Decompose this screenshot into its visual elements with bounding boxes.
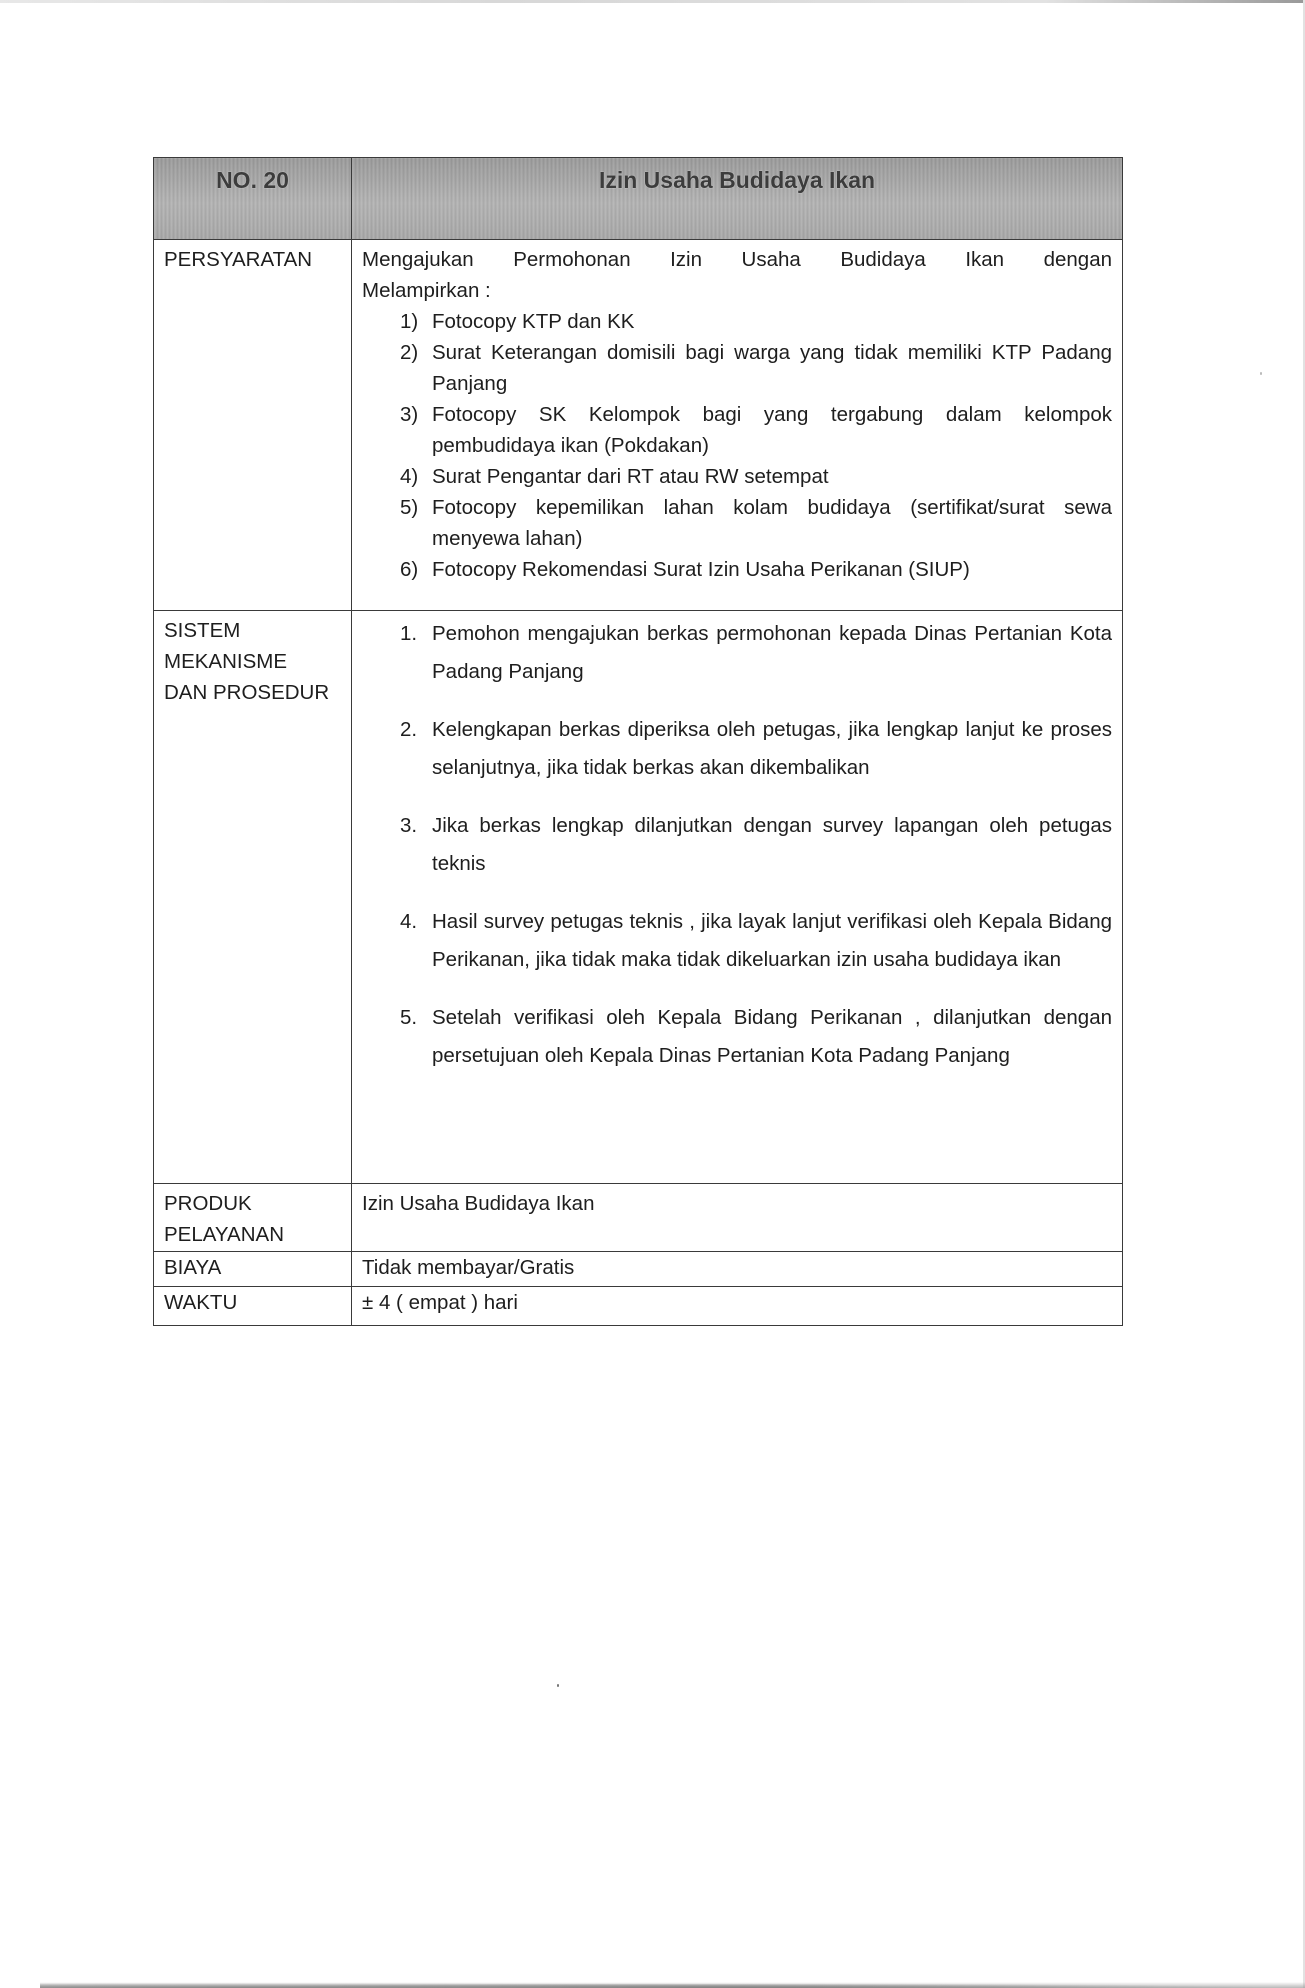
service-standard-table: NO. 20 Izin Usaha Budidaya Ikan PERSYARA… [153, 157, 1123, 1326]
requirement-item: 6)Fotocopy Rekomendasi Surat Izin Usaha … [400, 554, 1112, 585]
requirement-item: 4)Surat Pengantar dari RT atau RW setemp… [400, 461, 1112, 492]
row-value-produk: Izin Usaha Budidaya Ikan [352, 1184, 1123, 1252]
requirements-list: 1)Fotocopy KTP dan KK 2)Surat Keterangan… [362, 306, 1112, 585]
table-row-biaya: BIAYA Tidak membayar/Gratis [154, 1252, 1123, 1287]
header-number: NO. 20 [154, 158, 352, 240]
row-value-sistem: 1.Pemohon mengajukan berkas permohonan k… [352, 611, 1123, 1184]
table-header-row: NO. 20 Izin Usaha Budidaya Ikan [154, 158, 1123, 240]
requirements-intro-line1: Mengajukan Permohonan Izin Usaha Budiday… [362, 244, 1112, 275]
procedure-step: 5.Setelah verifikasi oleh Kepala Bidang … [400, 999, 1112, 1075]
requirements-intro: Mengajukan Permohonan Izin Usaha Budiday… [362, 244, 1112, 306]
scan-speck [1260, 372, 1262, 375]
scan-top-edge [0, 0, 1305, 3]
header-title: Izin Usaha Budidaya Ikan [352, 158, 1123, 240]
row-label-sistem: SISTEM MEKANISME DAN PROSEDUR [154, 611, 352, 1184]
requirements-intro-line2: Melampirkan : [362, 279, 491, 302]
row-label-biaya: BIAYA [154, 1252, 352, 1287]
row-label-waktu: WAKTU [154, 1287, 352, 1326]
procedure-step: 4.Hasil survey petugas teknis , jika lay… [400, 903, 1112, 979]
requirement-item: 5)Fotocopy kepemilikan lahan kolam budid… [400, 492, 1112, 554]
row-value-persyaratan: Mengajukan Permohonan Izin Usaha Budiday… [352, 240, 1123, 611]
requirement-item: 3)Fotocopy SK Kelompok bagi yang tergabu… [400, 399, 1112, 461]
row-label-persyaratan: PERSYARATAN [154, 240, 352, 611]
procedure-list: 1.Pemohon mengajukan berkas permohonan k… [362, 615, 1112, 1075]
procedure-step: 1.Pemohon mengajukan berkas permohonan k… [400, 615, 1112, 691]
row-value-waktu: ± 4 ( empat ) hari [352, 1287, 1123, 1326]
row-label-produk: PRODUK PELAYANAN [154, 1184, 352, 1252]
procedure-step: 3.Jika berkas lengkap dilanjutkan dengan… [400, 807, 1112, 883]
procedure-step: 2.Kelengkapan berkas diperiksa oleh petu… [400, 711, 1112, 787]
table-row-produk: PRODUK PELAYANAN Izin Usaha Budidaya Ika… [154, 1184, 1123, 1252]
table-row-persyaratan: PERSYARATAN Mengajukan Permohonan Izin U… [154, 240, 1123, 611]
scan-speck [557, 1684, 559, 1687]
table-row-sistem: SISTEM MEKANISME DAN PROSEDUR 1.Pemohon … [154, 611, 1123, 1184]
scan-bottom-edge [40, 1982, 1305, 1988]
row-value-biaya: Tidak membayar/Gratis [352, 1252, 1123, 1287]
table-row-waktu: WAKTU ± 4 ( empat ) hari [154, 1287, 1123, 1326]
requirement-item: 1)Fotocopy KTP dan KK [400, 306, 1112, 337]
requirement-item: 2)Surat Keterangan domisili bagi warga y… [400, 337, 1112, 399]
